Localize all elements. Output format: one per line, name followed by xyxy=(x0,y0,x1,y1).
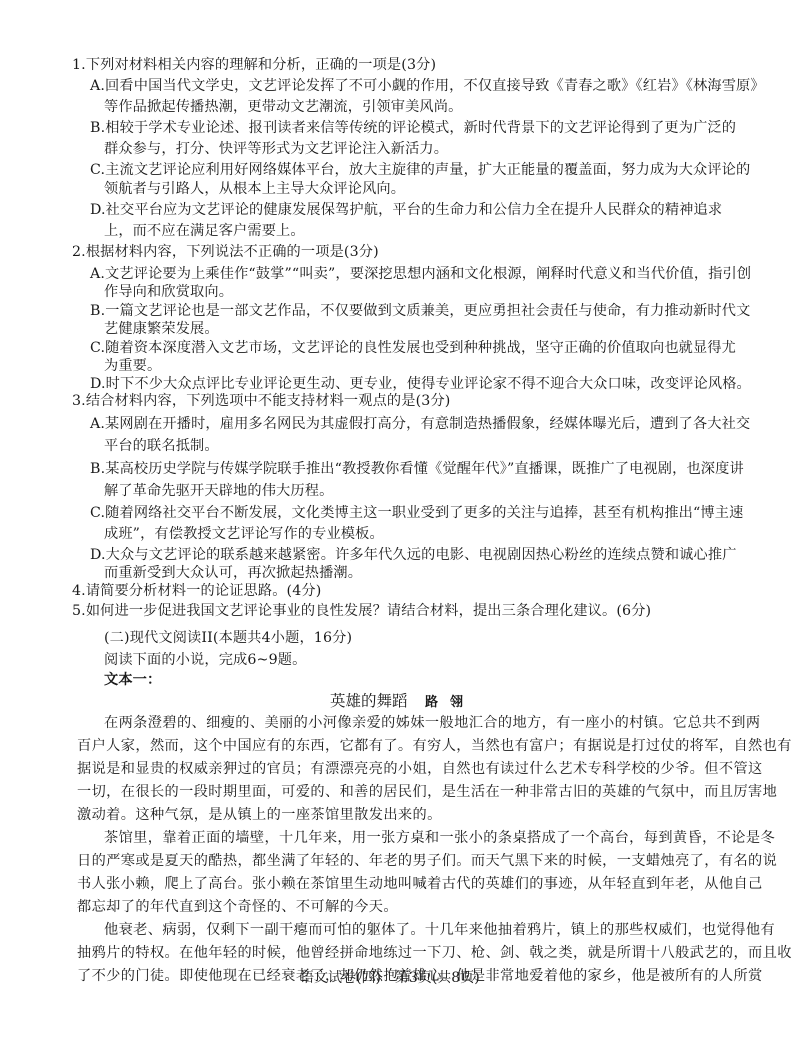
page-footer: 语文试卷(四) 第3页(共8页) xyxy=(300,968,480,988)
section-heading: (二)现代文阅读II(本题共4小题，16分) xyxy=(104,628,352,648)
story-line: 他衰老、病弱，仅剩下一副干瘪而可怕的躯体了。十几年来他抽着鸦片，镇上的那些权威们… xyxy=(104,920,775,940)
story-line: 百户人家，然而，这个中国应有的东西，它都有了。有穷人，当然也有富户；有据说是打过… xyxy=(77,736,792,756)
story-author: 路翎 xyxy=(425,693,475,713)
text-one-label: 文本一： xyxy=(104,670,161,690)
story-line: 抽鸦片的特权。在他年轻的时候，他曾经拼命地练过一下刀、枪、剑、戟之类，就是所谓十… xyxy=(77,943,792,963)
story-line: 在两条澄碧的、细瘦的、美丽的小河像亲爱的姊妹一般地汇合的地方，有一座小的村镇。它… xyxy=(104,713,760,733)
story-line: 日的严寒或是夏天的酷热，都坐满了年轻的、年老的男子们。而天气黑下来的时候，一支蜡… xyxy=(77,851,777,871)
story-line: 书人张小赖，爬上了高台。张小赖在茶馆里生动地叫喊着古代的英雄们的事迹，从年轻直到… xyxy=(77,874,763,894)
question-5-stem: 5.如何进一步促进我国文艺评论事业的良性发展？请结合材料，提出三条合理化建议。(… xyxy=(72,601,651,621)
story-line: 据说是和显贵的权威亲狎过的官员；有漂漂亮亮的小姐，自然也有读过什么艺术专科学校的… xyxy=(77,759,763,779)
story-line: 茶馆里，靠着正面的墙壁，十几年来，用一张方桌和一张小的条桌搭成了一个高台，每到黄… xyxy=(104,828,775,848)
story-line: 一切，在很长的一段时期里面，可爱的、和善的居民们，是生活在一种非常古旧的英雄的气… xyxy=(77,782,777,802)
story-line: 都忘却了的年代直到这个奇怪的、不可解的今天。 xyxy=(77,897,398,917)
reading-instruction: 阅读下面的小说，完成6~9题。 xyxy=(104,650,306,670)
story-title: 英雄的舞蹈 xyxy=(330,691,408,711)
section-two-content: 5.如何进一步促进我国文艺评论事业的良性发展？请结合材料，提出三条合理化建议。(… xyxy=(0,0,794,1058)
story-line: 激动着。这种气氛，是从镇上的一座茶馆里散发出来的。 xyxy=(77,805,442,825)
